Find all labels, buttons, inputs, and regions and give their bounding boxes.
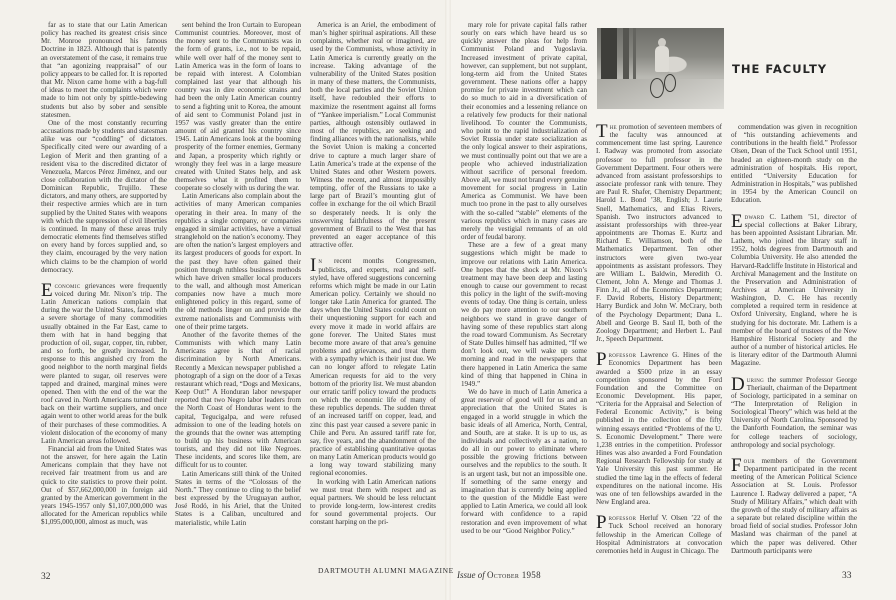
issue-prefix: Issue of — [457, 570, 485, 580]
drop-cap: I — [310, 258, 316, 273]
paragraph: sent behind the Iron Curtain to European… — [175, 21, 301, 192]
photo-bicycle-wheel — [650, 78, 664, 98]
paragraph: Another of the favorite themes of the Co… — [175, 331, 301, 470]
page-number-right: 33 — [842, 571, 852, 581]
page-number-left: 32 — [41, 572, 51, 582]
drop-cap: F — [731, 458, 742, 473]
paragraph: Latin Americans still think of the Unite… — [175, 470, 301, 527]
issue-date: October 1958 — [487, 570, 541, 580]
paragraph: During the summer Professor George Theri… — [731, 376, 857, 449]
photo-bicycle-wheel — [664, 74, 676, 92]
drop-cap: D — [731, 377, 745, 392]
article-column-2: sent behind the Iron Curtain to European… — [175, 21, 301, 527]
paragraph: Edward C. Lathem ’51, director of specia… — [731, 213, 857, 368]
drop-cap: E — [731, 214, 743, 229]
lead-in: rofessor — [609, 351, 637, 359]
paragraph: We do have in much of Latin America a gr… — [461, 388, 587, 535]
lead-in: uring — [747, 376, 764, 384]
paragraph: In recent months Congressmen, publicists… — [310, 257, 436, 477]
paragraph: In working with Latin American nations w… — [310, 478, 436, 527]
paragraph: mary role for private capital falls rath… — [461, 21, 587, 241]
paragraph: far as to state that our Latin American … — [41, 21, 167, 119]
paragraph: America is an Ariel, the embodiment of m… — [310, 21, 436, 249]
paragraph: Professor Herluf V. Olsen ’22 of the Tuc… — [596, 514, 722, 555]
photo-tree — [623, 28, 629, 86]
issue-footer: Issue of October 1958 — [457, 570, 541, 580]
lead-in: our — [744, 457, 755, 465]
paragraph: Four members of the Government Departmen… — [731, 457, 857, 555]
photo-rider — [655, 46, 669, 72]
paragraph: Economic grievances were frequently voic… — [41, 282, 167, 445]
section-title: THE FACULTY — [732, 62, 827, 76]
paragraph: Professor Lawrence G. Hines of the Econo… — [596, 351, 722, 506]
paragraph: These are a few of a great many suggesti… — [461, 241, 587, 388]
faculty-column-1: The promotion of seventeen members of th… — [596, 123, 722, 555]
paragraph: commendation was given in recognition of… — [731, 123, 857, 205]
magazine-footer: DARTMOUTH ALUMNI MAGAZINE — [318, 566, 454, 575]
lead-in: conomic — [55, 282, 81, 290]
drop-cap: P — [596, 515, 607, 530]
lead-in: rofessor — [609, 514, 637, 522]
lead-in: he — [610, 123, 617, 131]
article-column-3: America is an Ariel, the embodiment of m… — [310, 21, 436, 527]
paragraph: One of the most constantly recurring acc… — [41, 119, 167, 274]
paragraph: Financial aid from the United States was… — [41, 445, 167, 527]
paragraph: Latin Americans also complain about the … — [175, 192, 301, 331]
article-column-4: mary role for private capital falls rath… — [461, 21, 587, 535]
paragraph: The promotion of seventeen members of th… — [596, 123, 722, 343]
drop-cap: E — [41, 283, 53, 298]
photo-tree — [633, 28, 636, 83]
drop-cap: T — [596, 124, 608, 139]
faculty-column-2: commendation was given in recognition of… — [731, 123, 857, 555]
lead-in: n — [318, 257, 322, 265]
article-column-1: far as to state that our Latin American … — [41, 21, 167, 527]
lead-in: dward — [745, 213, 765, 221]
bicycle-photo — [597, 28, 724, 109]
drop-cap: P — [596, 352, 607, 367]
binding-gutter — [445, 0, 451, 600]
